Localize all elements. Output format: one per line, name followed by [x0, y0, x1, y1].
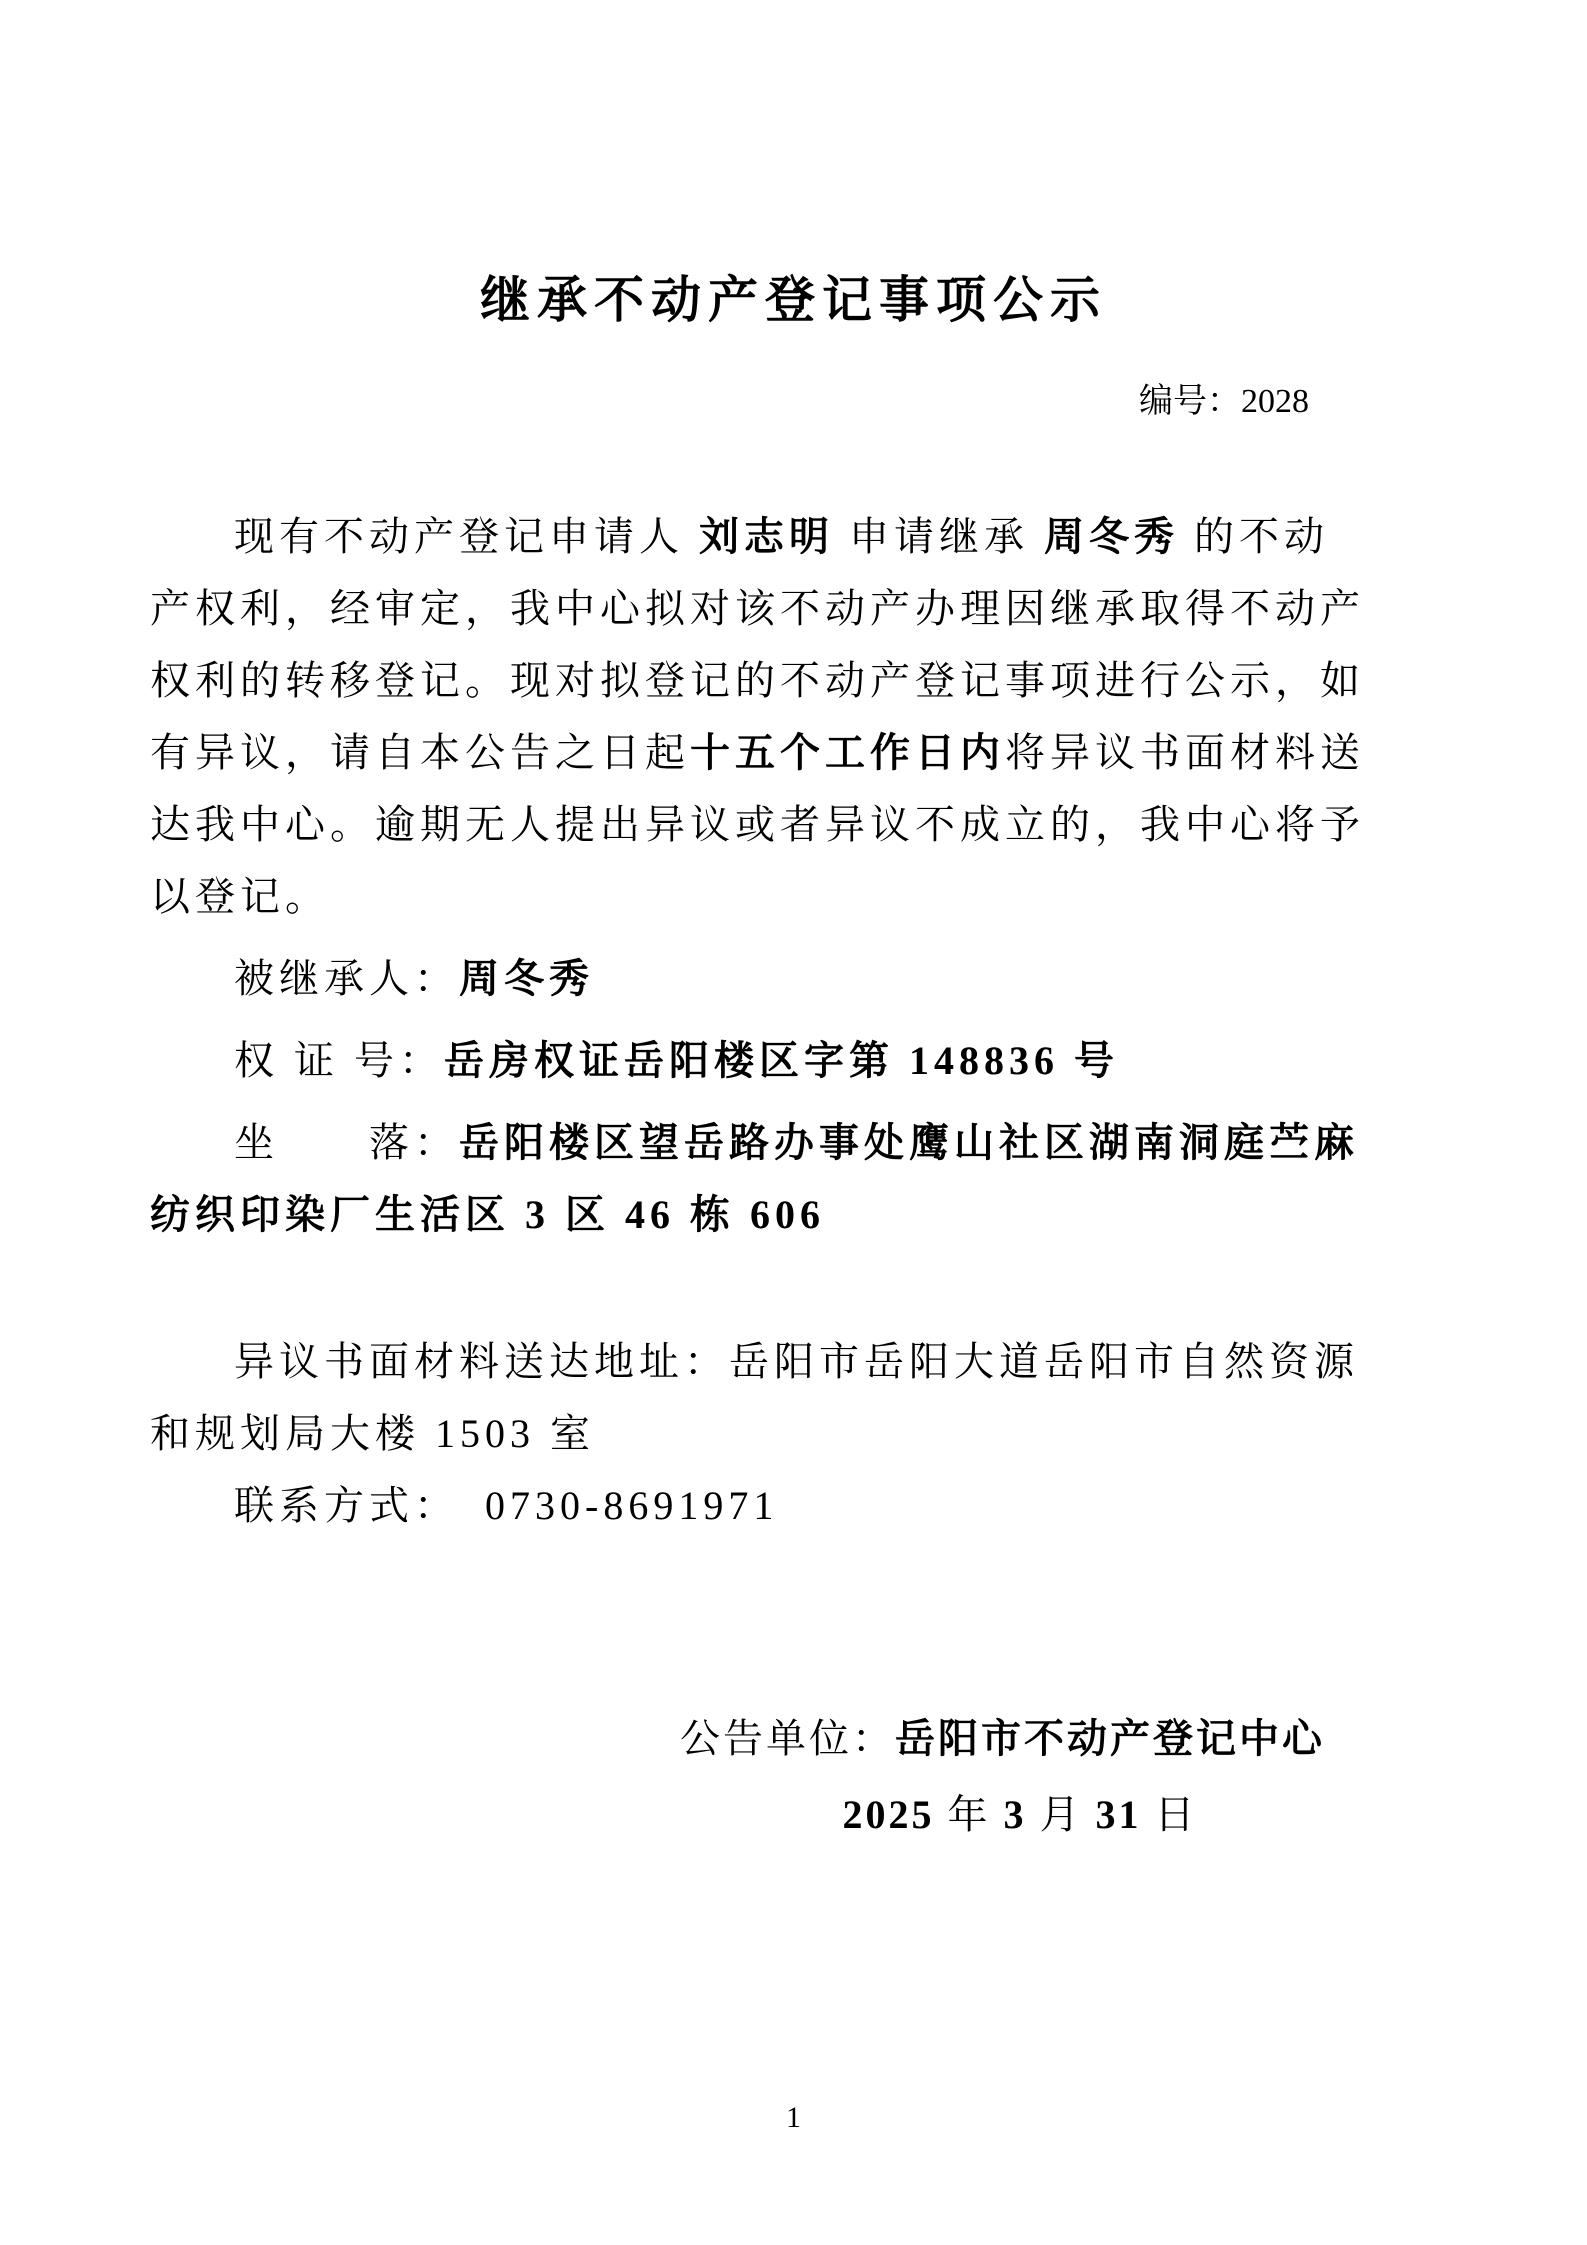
document-title: 继承不动产登记事项公示 — [150, 0, 1437, 330]
certificate-field-label: 权 证 号： — [234, 1038, 444, 1083]
document-number-value: 2028 — [1241, 383, 1309, 420]
notice-line-1: 现有不动产登记申请人 刘志明 申请继承 周冬秀 的不动 — [150, 501, 1437, 573]
applicant-name: 刘志明 — [699, 514, 834, 559]
notice-line-6: 以登记。 — [150, 861, 1437, 933]
issuing-unit-label: 公告单位： — [680, 1716, 895, 1761]
issue-date-text: 日 — [1142, 1792, 1198, 1837]
notice-paragraph: 现有不动产登记申请人 刘志明 申请继承 周冬秀 的不动 产权利，经审定，我中心拟… — [150, 501, 1437, 933]
notice-text: 申请继承 — [834, 514, 1044, 559]
contact-phone: 0730-8691971 — [485, 1483, 778, 1528]
decedent-field-value: 周冬秀 — [459, 956, 594, 1001]
notice-text: 有异议，请自本公告之日起 — [150, 730, 690, 775]
decedent-field-label: 被继承人： — [234, 956, 459, 1001]
issue-date-text: 年 — [935, 1792, 1004, 1837]
certificate-field: 权 证 号：岳房权证岳阳楼区字第 148836 号 — [150, 1025, 1437, 1097]
contact-line: 联系方式：0730-8691971 — [150, 1470, 1437, 1542]
notice-line-2: 产权利，经审定，我中心拟对该不动产办理因继承取得不动产 — [150, 573, 1437, 645]
document-page: 继承不动产登记事项公示 编号：2028 现有不动产登记申请人 刘志明 申请继承 … — [0, 0, 1587, 2245]
certificate-field-value: 岳房权证岳阳楼区字第 148836 号 — [444, 1038, 1119, 1083]
contact-label: 联系方式： — [234, 1483, 459, 1528]
page-number: 1 — [0, 2101, 1587, 2135]
issue-date-day: 31 — [1096, 1792, 1142, 1837]
objection-address-line: 异议书面材料送达地址：岳阳市岳阳大道岳阳市自然资源 — [150, 1326, 1437, 1398]
objection-address-value: 岳阳市岳阳大道岳阳市自然资源 — [729, 1339, 1359, 1384]
issuing-unit-line: 公告单位：岳阳市不动产登记中心 — [680, 1701, 1360, 1777]
notice-line-5: 达我中心。逾期无人提出异议或者异议不成立的，我中心将予 — [150, 789, 1437, 861]
notice-text: 的不动 — [1179, 514, 1329, 559]
decedent-name: 周冬秀 — [1044, 514, 1179, 559]
decedent-field: 被继承人：周冬秀 — [150, 943, 1437, 1015]
notice-text: 现有不动产登记申请人 — [234, 514, 699, 559]
document-number-label: 编号： — [1139, 383, 1241, 420]
objection-address-label: 异议书面材料送达地址： — [234, 1339, 729, 1384]
document-number-line: 编号：2028 — [150, 380, 1437, 424]
issue-date-text: 月 — [1027, 1792, 1096, 1837]
issuing-unit-name: 岳阳市不动产登记中心 — [895, 1716, 1325, 1761]
objection-section: 异议书面材料送达地址：岳阳市岳阳大道岳阳市自然资源 和规划局大楼 1503 室 … — [150, 1326, 1437, 1542]
objection-period: 十五个工作日内 — [690, 730, 1005, 775]
issue-date-line: 2025 年 3 月 31 日 — [680, 1777, 1360, 1853]
location-field-label: 坐 落： — [234, 1120, 459, 1165]
issue-date-year: 2025 — [843, 1792, 935, 1837]
notice-line-3: 权利的转移登记。现对拟登记的不动产登记事项进行公示，如 — [150, 645, 1437, 717]
registration-fields: 被继承人：周冬秀 权 证 号：岳房权证岳阳楼区字第 148836 号 坐 落：岳… — [150, 943, 1437, 1251]
signature-block: 公告单位：岳阳市不动产登记中心 2025 年 3 月 31 日 — [680, 1701, 1360, 1853]
notice-text: 将异议书面材料送 — [1005, 730, 1365, 775]
location-field: 坐 落：岳阳楼区望岳路办事处鹰山社区湖南洞庭苎麻 — [150, 1107, 1437, 1179]
location-field-continued: 纺织印染厂生活区 3 区 46 栋 606 — [150, 1179, 1437, 1251]
location-field-value: 岳阳楼区望岳路办事处鹰山社区湖南洞庭苎麻 — [459, 1120, 1359, 1165]
notice-line-4: 有异议，请自本公告之日起十五个工作日内将异议书面材料送 — [150, 717, 1437, 789]
issue-date-month: 3 — [1004, 1792, 1027, 1837]
location-field-value: 纺织印染厂生活区 3 区 46 栋 606 — [150, 1192, 825, 1237]
objection-address-continued: 和规划局大楼 1503 室 — [150, 1398, 1437, 1470]
